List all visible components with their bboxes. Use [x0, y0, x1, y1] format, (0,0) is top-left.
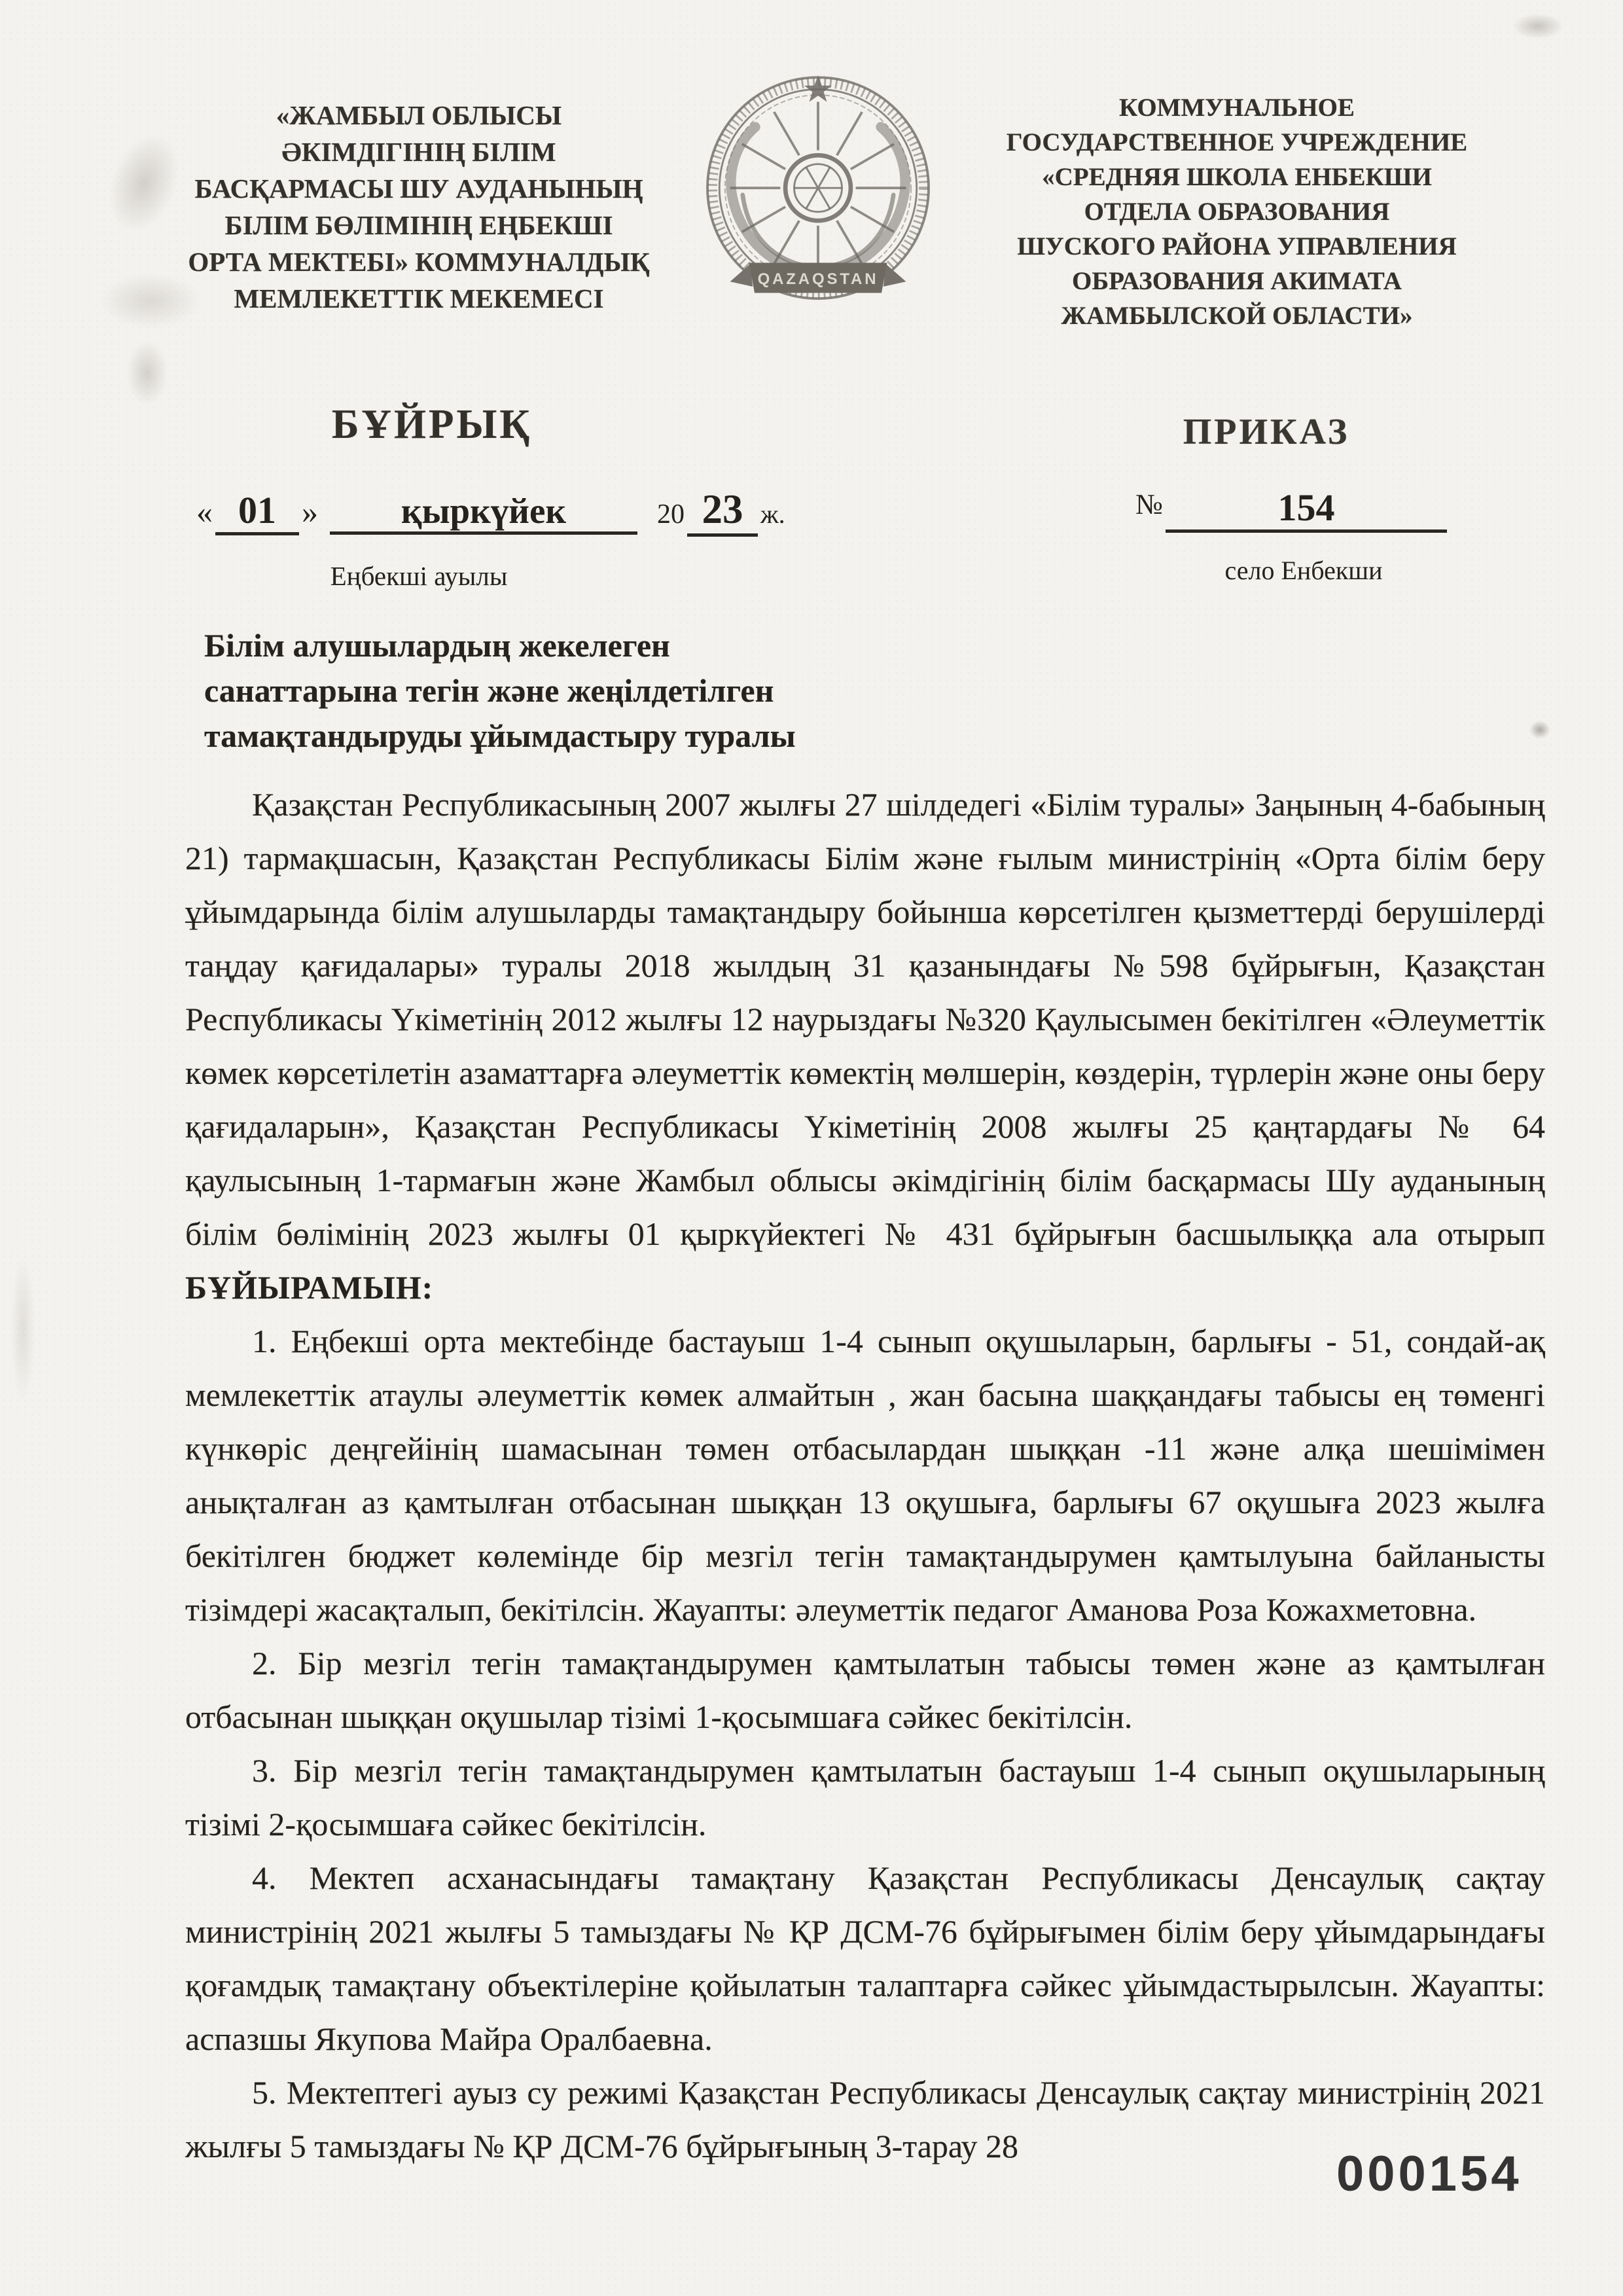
open-quote: «	[196, 493, 213, 530]
org-name-russian-line: ЖАМБЫЛСКОЙ ОБЛАСТИ»	[933, 298, 1541, 333]
order-subject-line: санаттарына тегін және жеңілдетілген	[204, 668, 796, 713]
order-resolve-word: БҰЙЫРАМЫН:	[185, 1269, 433, 1306]
order-place-kazakh: Еңбекші ауылы	[236, 560, 602, 592]
number-sign: №	[1135, 488, 1163, 520]
org-name-kazakh-line: МЕМЛЕКЕТТІК МЕКЕМЕСІ	[137, 280, 700, 317]
order-subject-line: тамақтандыруды ұйымдастыру туралы	[204, 713, 796, 759]
org-name-kazakh: «ЖАМБЫЛ ОБЛЫСЫӘКІМДІГІНІҢ БІЛІМБАСҚАРМАС…	[137, 97, 700, 317]
org-name-kazakh-line: ОРТА МЕКТЕБІ» КОММУНАЛДЫҚ	[137, 243, 700, 280]
scan-smudge	[1499, 7, 1577, 46]
scan-smudge	[7, 1230, 39, 1427]
org-name-kazakh-line: ӘКІМДІГІНІҢ БІЛІМ	[137, 134, 700, 170]
org-name-russian: КОММУНАЛЬНОЕГОСУДАРСТВЕННОЕ УЧРЕЖДЕНИЕ«С…	[933, 90, 1541, 333]
kazakhstan-emblem-icon: QAZAQSTAN	[692, 65, 944, 317]
org-name-russian-line: ШУСКОГО РАЙОНА УПРАВЛЕНИЯ	[933, 229, 1541, 264]
svg-text:QAZAQSTAN: QAZAQSTAN	[758, 270, 879, 288]
org-name-russian-line: ГОСУДАРСТВЕННОЕ УЧРЕЖДЕНИЕ	[933, 125, 1541, 160]
order-intro-text: Қазақстан Республикасының 2007 жылғы 27 …	[185, 786, 1545, 1252]
order-item-paragraph: 2. Бір мезгіл тегін тамақтандырумен қамт…	[185, 1636, 1545, 1744]
org-name-russian-line: КОММУНАЛЬНОЕ	[933, 90, 1541, 125]
order-year-suffix: ж.	[760, 499, 785, 529]
order-year-prefix: 20	[657, 499, 685, 529]
order-date-line: « 01 » қыркүйек 20 23 ж.	[196, 486, 785, 537]
order-number-value: 154	[1166, 486, 1447, 533]
form-number-stamp: 000154	[1336, 2145, 1522, 2202]
close-quote: »	[302, 493, 318, 530]
order-body: Қазақстан Республикасының 2007 жылғы 27 …	[185, 778, 1545, 2173]
order-title-russian: ПРИКАЗ	[1037, 411, 1495, 453]
order-number-line: № 154	[1135, 486, 1447, 533]
order-month-value: қыркүйек	[330, 490, 637, 535]
org-name-kazakh-line: БАСҚАРМАСЫ ШУ АУДАНЫНЫҢ	[137, 170, 700, 207]
order-intro-paragraph: Қазақстан Республикасының 2007 жылғы 27 …	[185, 778, 1545, 1314]
order-day-value: 01	[215, 488, 299, 535]
order-year-value: 23	[687, 486, 758, 537]
pen-mark	[1525, 717, 1555, 743]
scan-smudge	[118, 327, 177, 419]
org-name-russian-line: ОТДЕЛА ОБРАЗОВАНИЯ	[933, 194, 1541, 229]
order-title-kazakh: БҰЙРЫҚ	[183, 401, 681, 448]
order-item-paragraph: 3. Бір мезгіл тегін тамақтандырумен қамт…	[185, 1744, 1545, 1851]
order-item-paragraph: 4. Мектеп асханасындағы тамақтану Қазақс…	[185, 1851, 1545, 2066]
order-subject: Білім алушылардың жекелегенсанаттарына т…	[204, 623, 796, 759]
order-item-paragraph: 1. Еңбекші орта мектебінде бастауыш 1-4 …	[185, 1314, 1545, 1636]
org-name-russian-line: ОБРАЗОВАНИЯ АКИМАТА	[933, 264, 1541, 298]
scanned-order-page: «ЖАМБЫЛ ОБЛЫСЫӘКІМДІГІНІҢ БІЛІМБАСҚАРМАС…	[0, 0, 1623, 2296]
org-name-russian-line: «СРЕДНЯЯ ШКОЛА ЕНБЕКШИ	[933, 160, 1541, 194]
org-name-kazakh-line: «ЖАМБЫЛ ОБЛЫСЫ	[137, 97, 700, 134]
emblem-banner: QAZAQSTAN	[730, 262, 906, 293]
order-place-russian: село Енбекши	[1186, 555, 1421, 586]
org-name-kazakh-line: БІЛІМ БӨЛІМІНІҢ ЕҢБЕКШІ	[137, 207, 700, 243]
order-subject-line: Білім алушылардың жекелеген	[204, 623, 796, 668]
